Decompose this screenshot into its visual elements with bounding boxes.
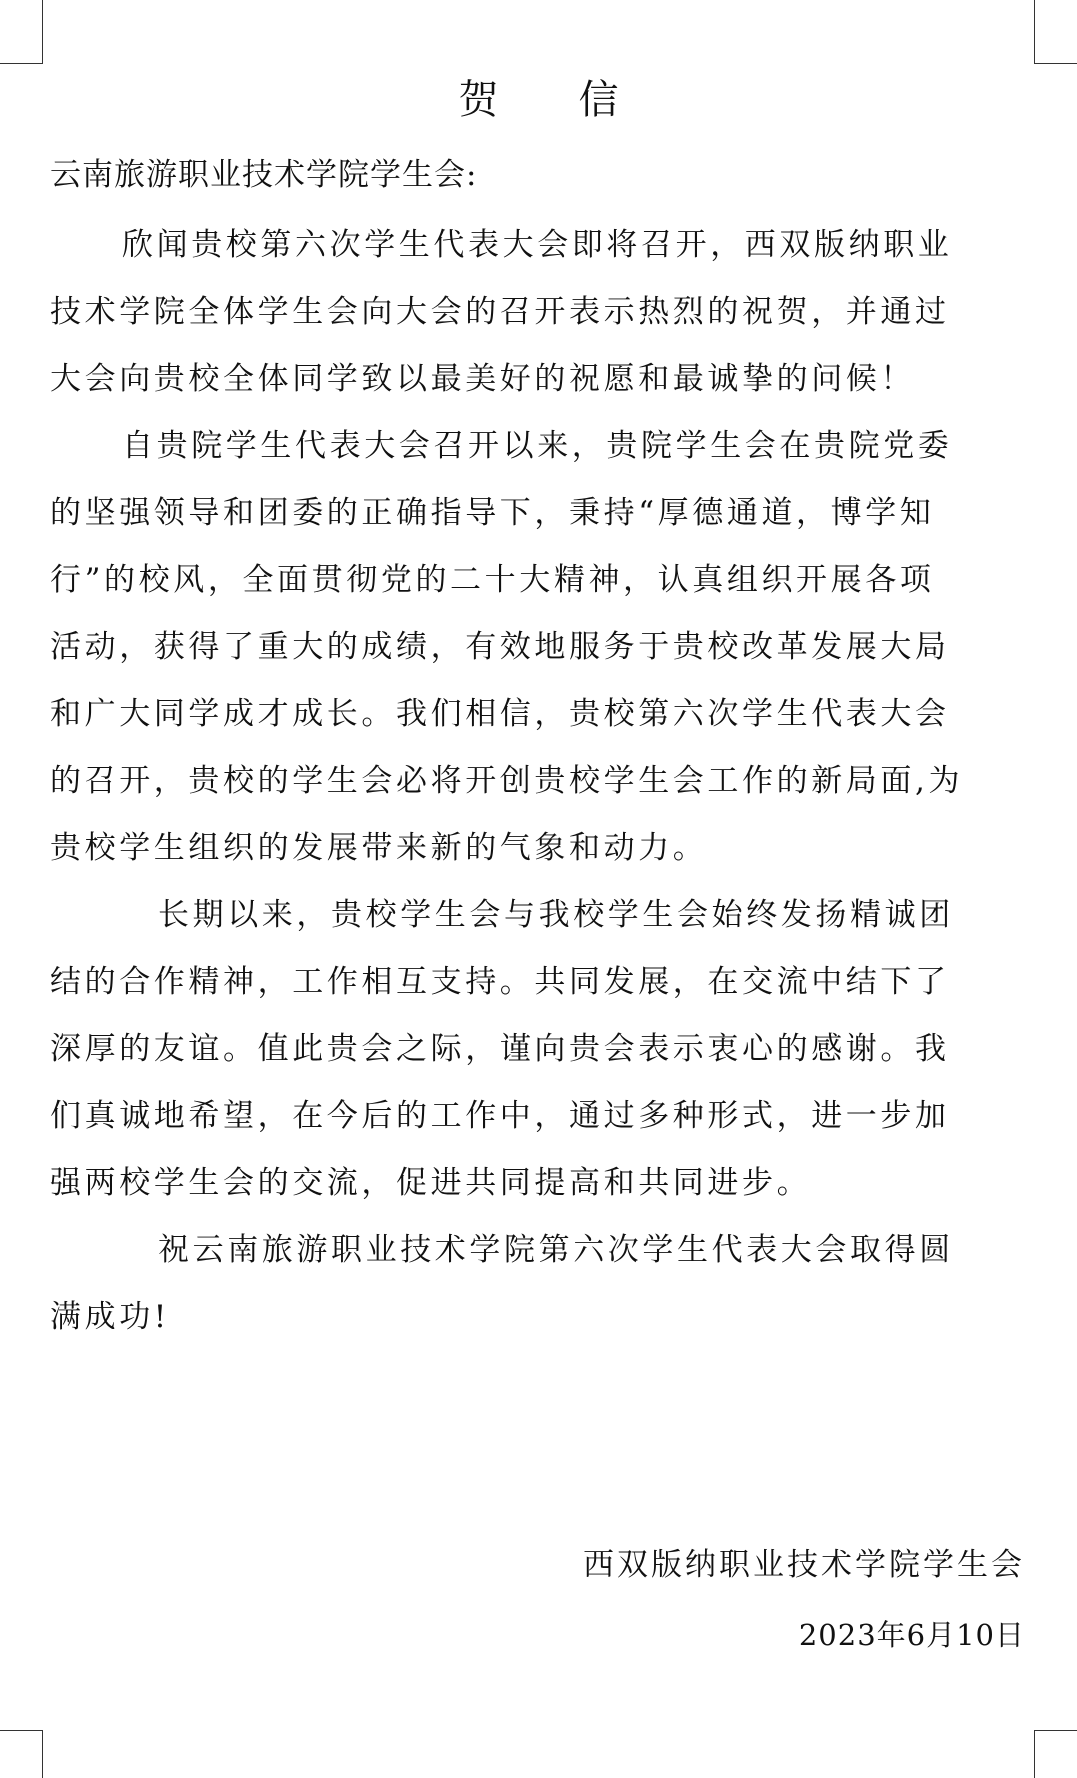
paragraph-4-line-1: 祝云南旅游职业技术学院第六次学生代表大会取得圆 bbox=[50, 1227, 1025, 1294]
paragraph-2-line-2: 的坚强领导和团委的正确指导下，秉持“厚德通道，博学知 bbox=[50, 490, 1025, 557]
page-corner-mark-bottom-left bbox=[0, 1730, 43, 1778]
page-corner-mark-top-left bbox=[0, 0, 43, 64]
paragraph-2-line-4: 活动，获得了重大的成绩，有效地服务于贵校改革发展大局 bbox=[50, 624, 1025, 691]
title-char-2: 信 bbox=[579, 72, 619, 128]
paragraph-2-line-7: 贵校学生组织的发展带来新的气象和动力。 bbox=[50, 825, 1025, 892]
title-char-1: 贺 bbox=[459, 72, 499, 128]
paragraph-3-line-2: 结的合作精神，工作相互支持。共同发展，在交流中结下了 bbox=[50, 959, 1025, 1026]
paragraph-2-line-1: 自贵院学生代表大会召开以来，贵院学生会在贵院党委 bbox=[50, 423, 1025, 490]
paragraph-2-line-5: 和广大同学成才成长。我们相信，贵校第六次学生代表大会 bbox=[50, 691, 1025, 758]
page-corner-mark-top-right bbox=[1034, 0, 1077, 64]
paragraph-2-line-6: 的召开，贵校的学生会必将开创贵校学生会工作的新局面,为 bbox=[50, 758, 1025, 825]
paragraph-1-line-1: 欣闻贵校第六次学生代表大会即将召开，西双版纳职业 bbox=[50, 222, 1025, 289]
paragraph-3-line-5: 强两校学生会的交流，促进共同提高和共同进步。 bbox=[50, 1160, 1025, 1227]
letter-title: 贺信 bbox=[0, 72, 1077, 128]
page-corner-mark-bottom-right bbox=[1034, 1730, 1077, 1778]
paragraph-3-line-4: 们真诚地希望，在今后的工作中，通过多种形式，进一步加 bbox=[50, 1093, 1025, 1160]
paragraph-4-line-2: 满成功! bbox=[50, 1294, 1025, 1361]
paragraph-3-line-1: 长期以来，贵校学生会与我校学生会始终发扬精诚团 bbox=[50, 892, 1025, 959]
salutation: 云南旅游职业技术学院学生会: bbox=[50, 152, 477, 198]
paragraph-3-line-3: 深厚的友谊。值此贵会之际，谨向贵会表示衷心的感谢。我 bbox=[50, 1026, 1025, 1093]
letter-body: 欣闻贵校第六次学生代表大会即将召开，西双版纳职业 技术学院全体学生会向大会的召开… bbox=[50, 222, 1025, 1361]
letter-date: 2023年6月10日 bbox=[799, 1612, 1025, 1658]
paragraph-1-line-3: 大会向贵校全体同学致以最美好的祝愿和最诚挚的问候！ bbox=[50, 356, 1025, 423]
paragraph-2-line-3: 行”的校风，全面贯彻党的二十大精神，认真组织开展各项 bbox=[50, 557, 1025, 624]
signature: 西双版纳职业技术学院学生会 bbox=[583, 1542, 1025, 1588]
paragraph-1-line-2: 技术学院全体学生会向大会的召开表示热烈的祝贺，并通过 bbox=[50, 289, 1025, 356]
